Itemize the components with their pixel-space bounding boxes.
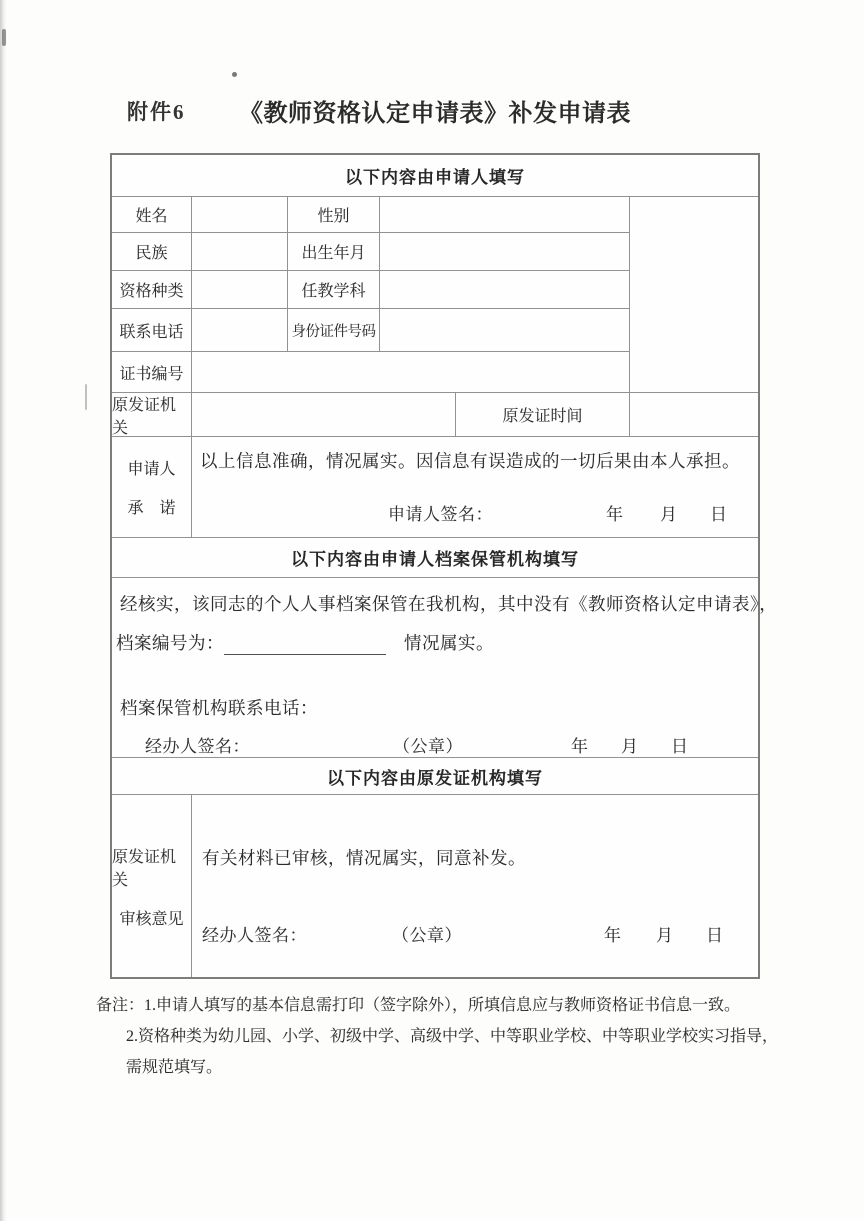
file-no-blank-line xyxy=(224,635,386,655)
original-issuer-label: 原发证机关 xyxy=(112,393,192,437)
note-line-1: 备注：1.申请人填写的基本信息需打印（签字除外），所填信息应与教师资格证书信息一… xyxy=(96,990,786,1021)
month-label: 月 xyxy=(656,921,674,946)
month-label: 月 xyxy=(621,732,639,757)
commitment-label-line1: 申请人 xyxy=(127,456,175,479)
commitment-content-cell: 以上信息准确，情况属实。因信息有误造成的一切后果由本人承担。 申请人签名： 年 … xyxy=(192,437,758,538)
original-issue-date-label: 原发证时间 xyxy=(456,393,630,437)
birth-date-value-cell xyxy=(380,233,630,271)
file-no-suffix: 情况属实。 xyxy=(404,633,494,653)
commitment-label: 申请人 承 诺 xyxy=(112,437,192,538)
birth-date-label: 出生年月 xyxy=(288,233,380,271)
day-label: 日 xyxy=(710,500,728,525)
certificate-no-label: 证书编号 xyxy=(112,352,192,393)
teaching-subject-value-cell xyxy=(380,271,630,309)
photo-cell xyxy=(630,197,758,393)
archive-phone-label: 档案保管机构联系电话： xyxy=(120,695,318,720)
application-form-table: 以下内容由申请人填写 姓名 性别 民族 出生年月 资格种类 任教学科 联系电话 … xyxy=(110,153,760,979)
scan-dot-artifact xyxy=(232,72,237,77)
archive-statement-line1: 经核实，该同志的个人人事档案保管在我机构，其中没有《教师资格认定申请表》， xyxy=(120,591,777,616)
id-number-value-cell xyxy=(380,309,630,352)
ethnicity-value-cell xyxy=(192,233,288,271)
issuer-review-label: 原发证机关 审核意见 xyxy=(112,795,192,977)
ethnicity-label: 民族 xyxy=(112,233,192,271)
issuer-review-label-line2: 审核意见 xyxy=(119,906,183,929)
attachment-number: 附件6 xyxy=(127,96,186,126)
issuer-review-label-line1: 原发证机关 xyxy=(112,844,191,890)
scan-speck xyxy=(2,29,6,46)
year-label: 年 xyxy=(606,500,624,525)
issuer-seal-label: （公章） xyxy=(392,921,462,946)
id-number-label: 身份证件号码 xyxy=(288,309,380,352)
archive-handler-signature-label: 经办人签名： xyxy=(145,732,250,757)
issuer-handler-signature-label: 经办人签名： xyxy=(202,921,307,946)
certificate-no-value-cell xyxy=(192,352,630,393)
teaching-subject-label: 任教学科 xyxy=(288,271,380,309)
gender-label: 性别 xyxy=(288,197,380,233)
footer-notes: 备注：1.申请人填写的基本信息需打印（签字除外），所填信息应与教师资格证书信息一… xyxy=(96,990,786,1083)
scan-edge-shadow xyxy=(0,0,7,1221)
section-header-archive: 以下内容由申请人档案保管机构填写 xyxy=(112,538,758,578)
note-line-2: 2.资格种类为幼儿园、小学、初级中学、高级中学、中等职业学校、中等职业学校实习指… xyxy=(126,1021,786,1052)
commitment-statement: 以上信息准确，情况属实。因信息有误造成的一切后果由本人承担。 xyxy=(200,448,740,473)
scanned-form-page: 附件6 《教师资格认定申请表》补发申请表 以下内容由申请人填写 姓名 性别 民族… xyxy=(0,0,864,1221)
applicant-signature-label: 申请人签名： xyxy=(388,500,493,525)
year-label: 年 xyxy=(604,921,622,946)
day-label: 日 xyxy=(706,921,724,946)
original-issuer-value-cell xyxy=(192,393,456,437)
issuer-statement: 有关材料已审核，情况属实，同意补发。 xyxy=(202,845,526,870)
commitment-label-line2: 承 诺 xyxy=(127,495,175,518)
qualification-type-value-cell xyxy=(192,271,288,309)
gender-value-cell xyxy=(380,197,630,233)
section-header-applicant: 以下内容由申请人填写 xyxy=(112,155,758,197)
month-label: 月 xyxy=(660,500,678,525)
phone-label: 联系电话 xyxy=(112,309,192,352)
section-header-issuer: 以下内容由原发证机构填写 xyxy=(112,758,758,795)
year-label: 年 xyxy=(571,732,589,757)
file-no-label: 档案编号为： xyxy=(116,633,224,653)
scan-line-artifact xyxy=(85,384,87,410)
original-issue-date-value-cell xyxy=(630,393,758,437)
page-title: 《教师资格认定申请表》补发申请表 xyxy=(239,93,631,128)
name-value-cell xyxy=(192,197,288,233)
phone-value-cell xyxy=(192,309,288,352)
name-label: 姓名 xyxy=(112,197,192,233)
archive-file-no-line: 档案编号为：情况属实。 xyxy=(116,630,494,655)
qualification-type-label: 资格种类 xyxy=(112,271,192,309)
day-label: 日 xyxy=(671,732,689,757)
note-line-3: 需规范填写。 xyxy=(126,1052,786,1083)
archive-content-cell: 经核实，该同志的个人人事档案保管在我机构，其中没有《教师资格认定申请表》， 档案… xyxy=(112,578,758,758)
archive-seal-label: （公章） xyxy=(393,732,463,757)
issuer-review-content-cell: 有关材料已审核，情况属实，同意补发。 经办人签名： （公章） 年 月 日 xyxy=(192,795,758,977)
